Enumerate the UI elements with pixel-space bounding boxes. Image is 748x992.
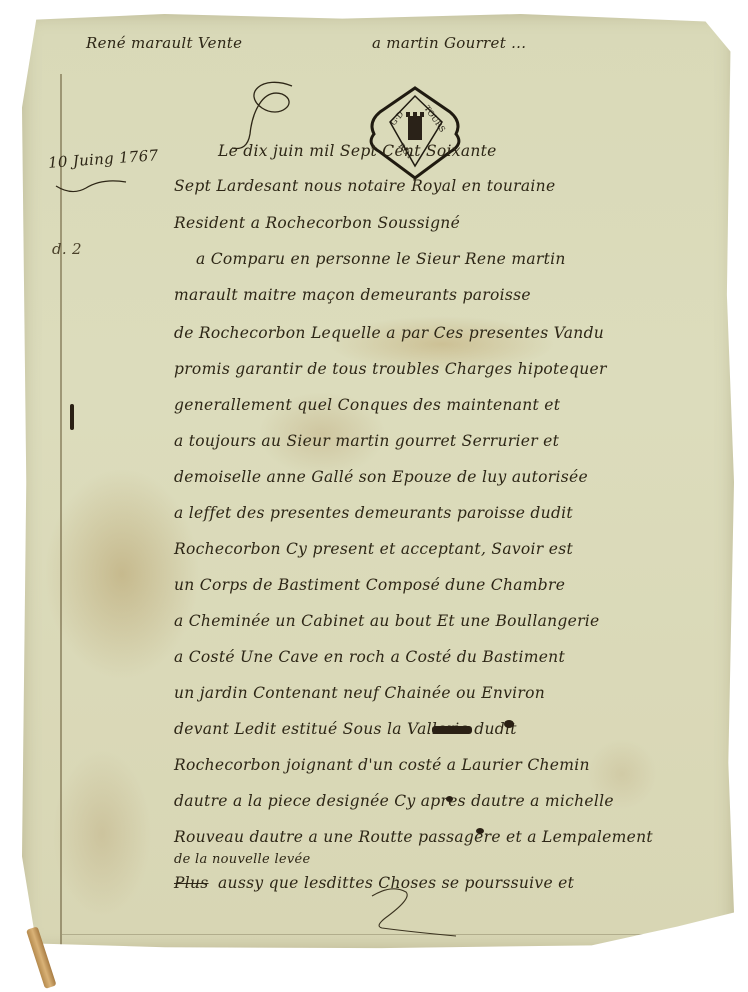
ink-smudge [432, 726, 472, 734]
text-line-11: a leffet des presentes demeurants parois… [174, 504, 573, 522]
text-line-15: a Costé Une Cave en roch a Costé du Bast… [174, 648, 565, 666]
header-right-note: a martin Gourret ... [372, 34, 526, 52]
signature-paraphe-icon [352, 882, 462, 942]
text-line-5: marault maitre maçon demeurants paroisse [174, 286, 531, 304]
ink-blot [446, 796, 453, 802]
struck-word: Plus [174, 874, 209, 892]
margin-date: 10 Juing 1767 [48, 146, 159, 172]
text-line-2: Sept Lardesant nous notaire Royal en tou… [174, 177, 555, 195]
text-line-13: un Corps de Bastiment Composé dune Chamb… [174, 576, 565, 594]
ink-drip [70, 404, 74, 430]
binding-fold-line [60, 74, 62, 954]
text-line-16: un jardin Contenant neuf Chainée ou Envi… [174, 684, 545, 702]
text-line-20: Rouveau dautre a une Routte passagere et… [174, 828, 653, 846]
manuscript-page: René marault Vente a martin Gourret ... … [22, 14, 734, 950]
text-line-10: demoiselle anne Gallé son Epouze de luy … [174, 468, 588, 486]
text-line-19: dautre a la piece designée Cy apres daut… [174, 792, 614, 810]
text-line-14: a Cheminée un Cabinet au bout Et une Bou… [174, 612, 600, 630]
text-line-18: Rochecorbon joignant d'un costé a Laurie… [174, 756, 590, 774]
text-line-21: de la nouvelle levée [174, 852, 311, 867]
text-line-4: a Comparu en personne le Sieur Rene mart… [196, 250, 566, 268]
header-left-note: René marault Vente [86, 34, 242, 52]
text-line-9: a toujours au Sieur martin gourret Serru… [174, 432, 559, 450]
svg-text:G·D: G·D [389, 110, 406, 128]
text-line-7: promis garantir de tous troubles Charges… [174, 360, 607, 378]
text-line-3: Resident a Rochecorbon Soussigné [174, 214, 460, 232]
text-line-6: de Rochecorbon Lequelle a par Ces presen… [174, 324, 604, 342]
text-line-8: generallement quel Conques des maintenan… [174, 396, 560, 414]
margin-mark: d. 2 [52, 240, 82, 258]
text-line-12: Rochecorbon Cy present et acceptant, Sav… [174, 540, 573, 558]
margin-underline-flourish-icon [52, 174, 132, 198]
ink-blot [476, 828, 484, 834]
tax-stamp-icon: G·D TOURS ROY [360, 82, 470, 182]
text-line-1: Le dix juin mil Sept Cent Soixante [218, 142, 497, 160]
ink-blot [504, 720, 514, 728]
